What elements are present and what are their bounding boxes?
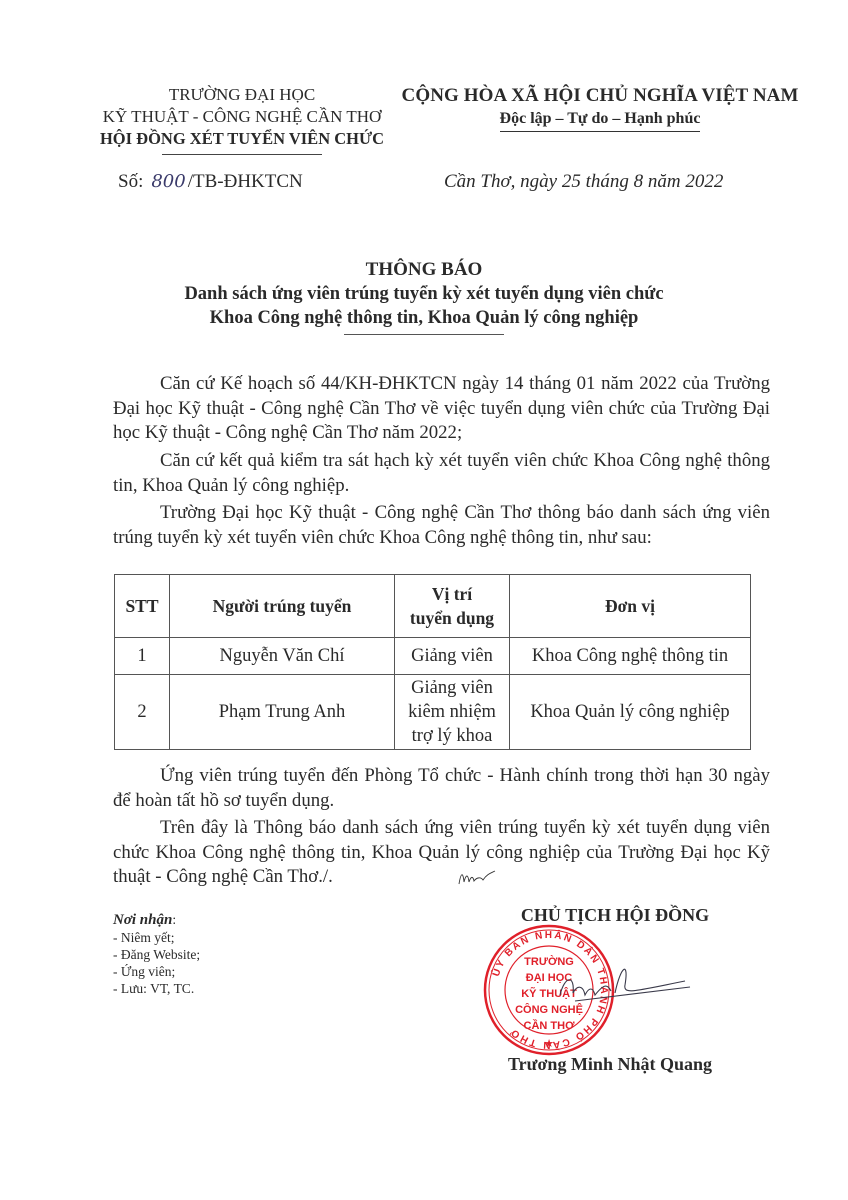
recipients-heading: Nơi nhận [113, 912, 172, 928]
cell-position: Giảng viên kiêm nhiệm trợ lý khoa [395, 675, 510, 750]
document-date: Cần Thơ, ngày 25 tháng 8 năm 2022 [444, 171, 723, 193]
cell-stt: 1 [115, 638, 170, 675]
column-header-unit: Đơn vị [510, 575, 751, 638]
paragraph-announcement-intro: Trường Đại học Kỹ thuật - Công nghệ Cần … [113, 501, 770, 550]
document-title-block: THÔNG BÁO Danh sách ứng viên trúng tuyển… [150, 258, 698, 335]
cell-position-line1: Giảng viên [401, 676, 503, 700]
cell-position-line3: trợ lý khoa [401, 724, 503, 748]
nation-name: CỘNG HÒA XÃ HỘI CHỦ NGHĨA VIỆT NAM [380, 84, 820, 108]
recipient-item: - Đăng Website; [113, 946, 200, 963]
document-number-label: Số: [118, 171, 143, 192]
header-left-divider [162, 154, 322, 155]
school-name-line2: KỸ THUẬT - CÔNG NGHỆ CẦN THƠ [92, 106, 392, 128]
svg-text:CẦN THƠ: CẦN THƠ [524, 1019, 576, 1032]
column-header-position-line2: tuyển dụng [401, 606, 503, 630]
recipient-item: - Ứng viên; [113, 963, 200, 980]
handwritten-number: 800 [151, 171, 185, 192]
table-row: 1 Nguyễn Văn Chí Giảng viên Khoa Công ng… [115, 638, 751, 675]
document-title: THÔNG BÁO [150, 258, 698, 282]
document-subtitle-2: Khoa Công nghệ thông tin, Khoa Quản lý c… [150, 306, 698, 330]
document-number: Số:800/TB-ĐHKTCN [118, 171, 303, 193]
handwritten-signature [555, 955, 695, 1015]
recipient-item: - Lưu: VT, TC. [113, 980, 200, 997]
recipient-item: - Niêm yết; [113, 929, 200, 946]
column-header-candidate: Người trúng tuyển [170, 575, 395, 638]
national-heading: CỘNG HÒA XÃ HỘI CHỦ NGHĨA VIỆT NAM Độc l… [380, 84, 820, 132]
cell-unit: Khoa Quản lý công nghiệp [510, 675, 751, 750]
paragraph-instructions: Ứng viên trúng tuyển đến Phòng Tổ chức -… [113, 764, 770, 813]
council-name: HỘI ĐỒNG XÉT TUYỂN VIÊN CHỨC [92, 128, 392, 150]
cell-candidate-name: Phạm Trung Anh [170, 675, 395, 750]
signer-name: Trương Minh Nhật Quang [480, 1054, 740, 1075]
column-header-stt: STT [115, 575, 170, 638]
title-divider [344, 334, 504, 335]
cell-unit: Khoa Công nghệ thông tin [510, 638, 751, 675]
issuing-organization: TRƯỜNG ĐẠI HỌC KỸ THUẬT - CÔNG NGHỆ CẦN … [92, 84, 392, 155]
column-header-position-line1: Vị trí [401, 582, 503, 606]
cell-stt: 2 [115, 675, 170, 750]
cell-position: Giảng viên [395, 638, 510, 675]
recipients-list: Nơi nhận: - Niêm yết; - Đăng Website; - … [113, 911, 200, 997]
national-motto: Độc lập – Tự do – Hạnh phúc [500, 108, 701, 132]
column-header-position: Vị trí tuyển dụng [395, 575, 510, 638]
successful-candidates-table: STT Người trúng tuyển Vị trí tuyển dụng … [114, 574, 751, 750]
cell-position-line2: kiêm nhiệm [401, 700, 503, 724]
svg-text:★: ★ [544, 1037, 554, 1050]
table-row: 2 Phạm Trung Anh Giảng viên kiêm nhiệm t… [115, 675, 751, 750]
paragraph-legal-basis-results: Căn cứ kết quả kiểm tra sát hạch kỳ xét … [113, 449, 770, 498]
document-subtitle-1: Danh sách ứng viên trúng tuyển kỳ xét tu… [150, 282, 698, 306]
recipients-colon: : [172, 912, 176, 927]
document-number-suffix: /TB-ĐHKTCN [188, 171, 303, 192]
handwritten-initials [457, 868, 497, 888]
paragraph-legal-basis-plan: Căn cứ Kế hoạch số 44/KH-ĐHKTCN ngày 14 … [113, 372, 770, 446]
paragraph-closing: Trên đây là Thông báo danh sách ứng viên… [113, 816, 770, 890]
table-header-row: STT Người trúng tuyển Vị trí tuyển dụng … [115, 575, 751, 638]
school-name-line1: TRƯỜNG ĐẠI HỌC [92, 84, 392, 106]
cell-candidate-name: Nguyễn Văn Chí [170, 638, 395, 675]
